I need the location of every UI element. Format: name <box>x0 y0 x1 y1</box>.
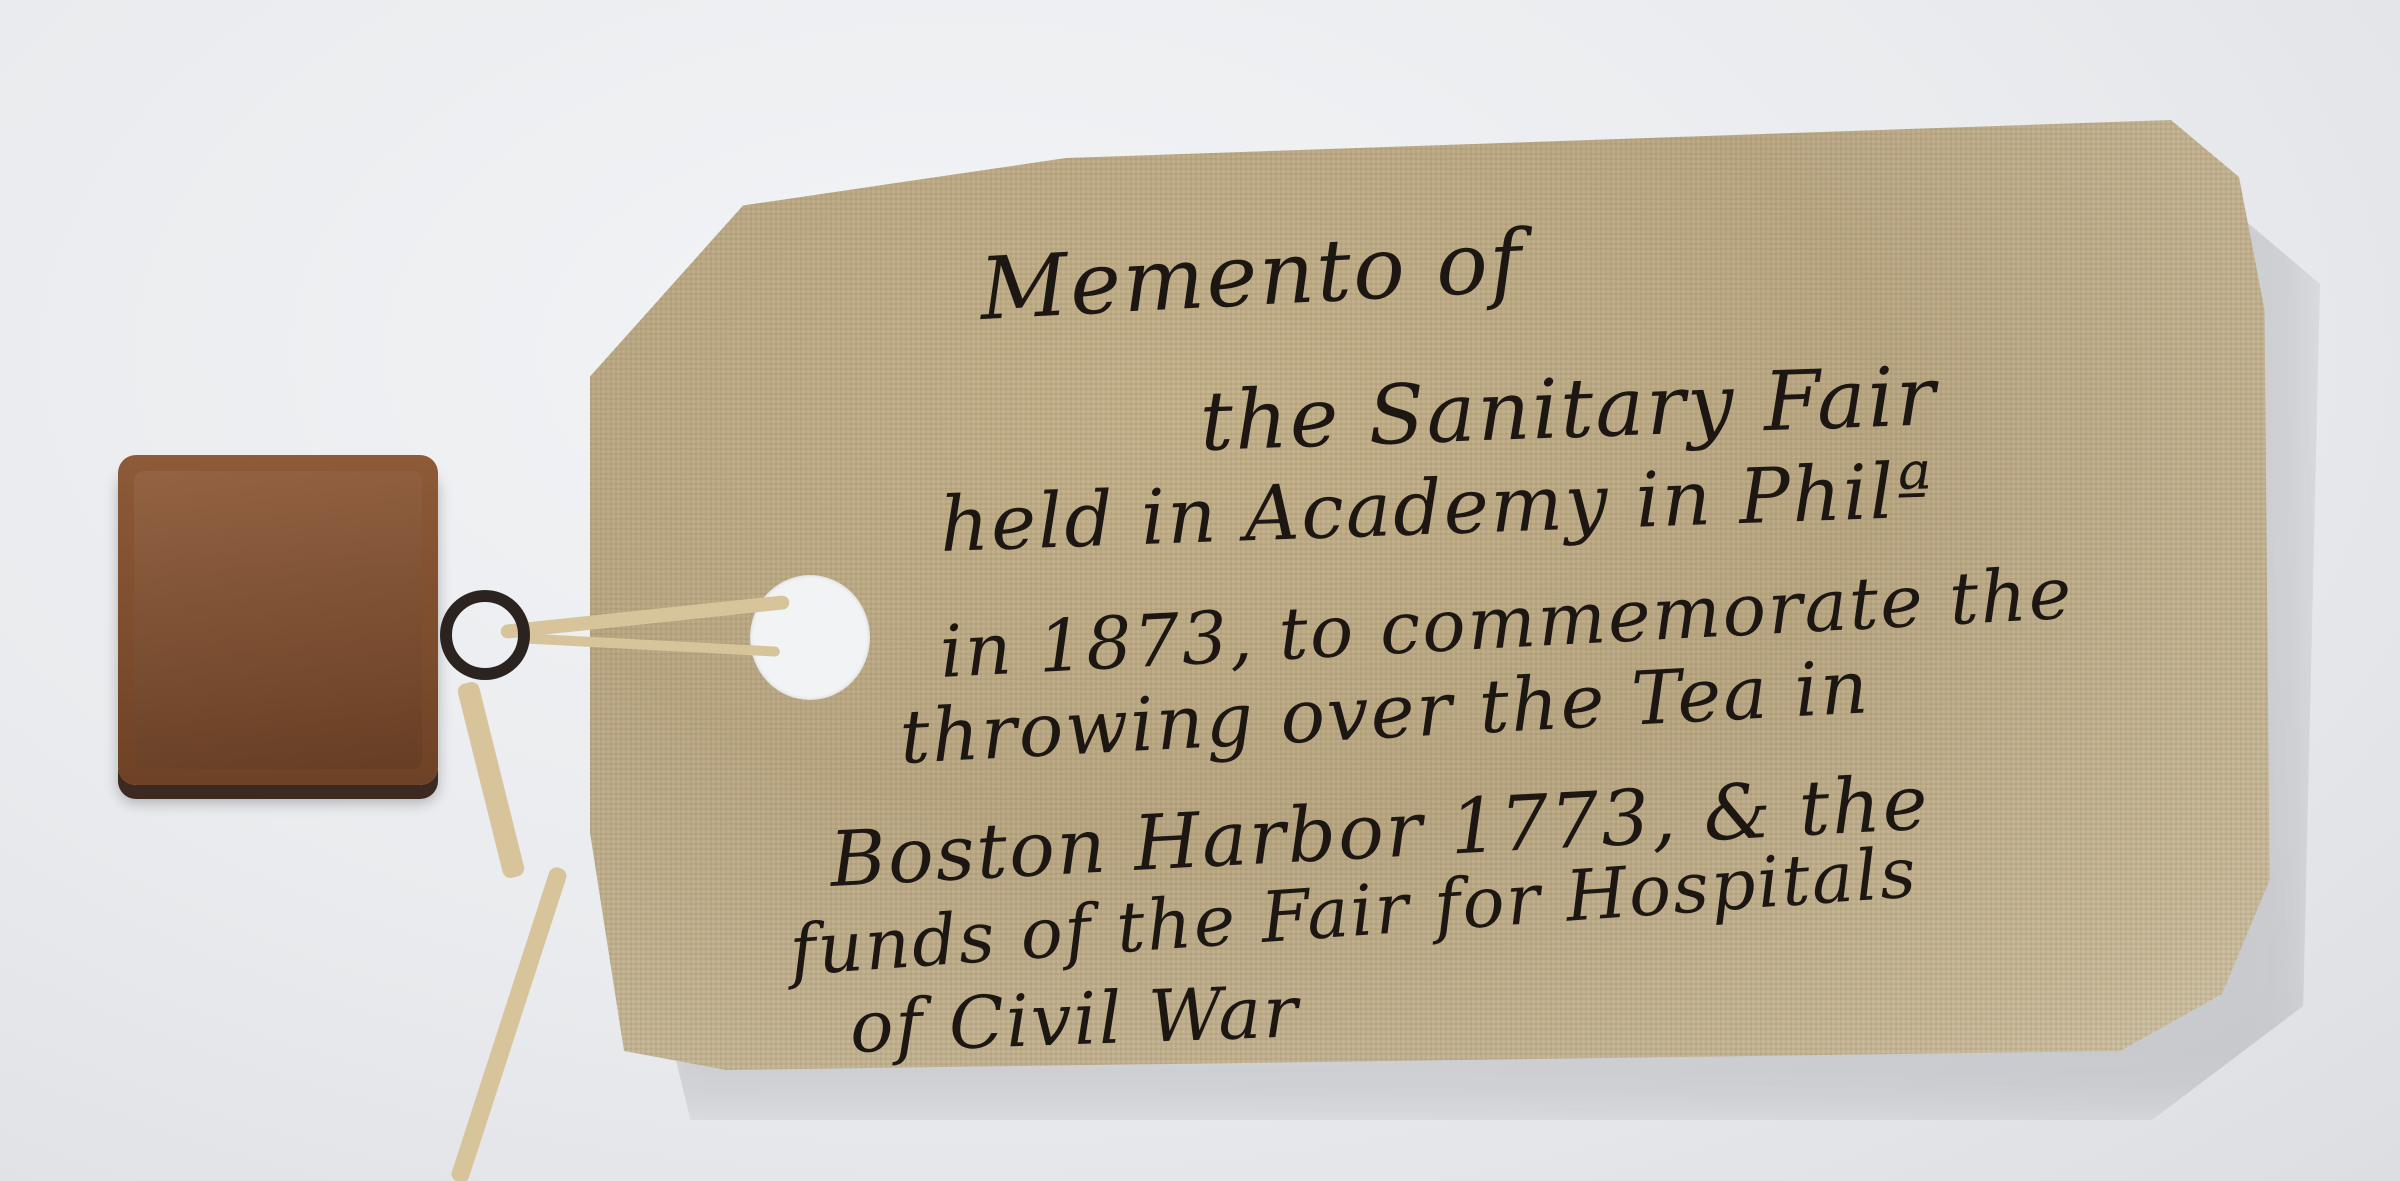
photo-scene: Memento of the Sanitary Fair held in Aca… <box>0 0 2400 1181</box>
tag-line-3: held in Academy in Philª <box>938 445 1935 569</box>
tag-line-1: Memento of <box>977 212 1526 340</box>
tag-line-8: of Civil War <box>849 969 1301 1069</box>
handwritten-text: Memento of the Sanitary Fair held in Aca… <box>0 0 2400 1181</box>
